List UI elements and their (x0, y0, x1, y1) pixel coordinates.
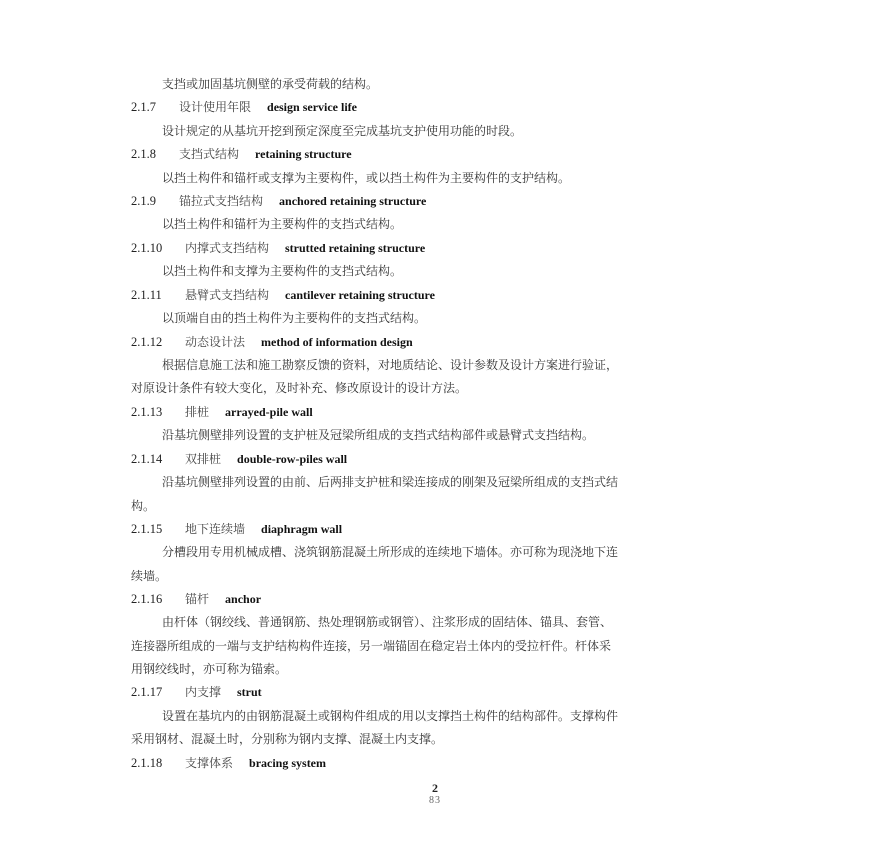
term-definition: 设置在基坑内的由钢筋混凝土或钢构件组成的用以支撑挡土构件的结构部件。支撑构件 (162, 708, 618, 724)
term-definition-continued: 采用钢材、混凝土时，分别称为钢内支撑、混凝土内支撑。 (131, 731, 443, 747)
term-number: 2.1.8 (131, 146, 179, 162)
term-en: method of information design (261, 334, 413, 350)
term-definition: 根据信息施工法和施工勘察反馈的资料，对地质结论、设计参数及设计方案进行验证， (162, 357, 618, 373)
term-cn: 排桩 (185, 404, 209, 420)
term-cn: 设计使用年限 (179, 99, 251, 115)
term-heading-2-1-16: 2.1.16锚杆anchor (131, 591, 261, 607)
term-heading-2-1-14: 2.1.14双排桩double-row-piles wall (131, 451, 347, 467)
term-number: 2.1.7 (131, 99, 179, 115)
term-cn: 内支撑 (185, 684, 221, 700)
term-number: 2.1.11 (131, 287, 185, 303)
term-cn: 锚杆 (185, 591, 209, 607)
term-definition: 以挡土构件和支撑为主要构件的支挡式结构。 (162, 263, 402, 279)
term-en: retaining structure (255, 146, 352, 162)
term-heading-2-1-17: 2.1.17内支撑strut (131, 684, 262, 700)
term-cn: 地下连续墙 (185, 521, 245, 537)
term-cn: 锚拉式支挡结构 (179, 193, 263, 209)
term-en: cantilever retaining structure (285, 287, 435, 303)
intro-text: 支挡或加固基坑侧壁的承受荷载的结构。 (162, 76, 378, 92)
term-number: 2.1.14 (131, 451, 185, 467)
term-cn: 支撑体系 (185, 755, 233, 771)
term-number: 2.1.16 (131, 591, 185, 607)
page-number: 2 (0, 781, 870, 796)
term-en: anchored retaining structure (279, 193, 426, 209)
term-definition-continued: 构。 (131, 498, 155, 514)
term-number: 2.1.17 (131, 684, 185, 700)
term-definition-continued: 用钢绞线时，亦可称为锚索。 (131, 661, 287, 677)
term-definition: 沿基坑侧壁排列设置的支护桩及冠梁所组成的支挡式结构部件或悬臂式支挡结构。 (162, 427, 594, 443)
term-number: 2.1.10 (131, 240, 185, 256)
term-definition: 沿基坑侧壁排列设置的由前、后两排支护桩和梁连接成的刚架及冠梁所组成的支挡式结 (162, 474, 618, 490)
term-heading-2-1-15: 2.1.15地下连续墙diaphragm wall (131, 521, 342, 537)
term-en: double-row-piles wall (237, 451, 347, 467)
term-heading-2-1-12: 2.1.12动态设计法method of information design (131, 334, 413, 350)
term-heading-2-1-18: 2.1.18支撑体系bracing system (131, 755, 326, 771)
term-definition-continued: 续墙。 (131, 568, 167, 584)
term-definition: 以挡土构件和锚杆或支撑为主要构件，或以挡土构件为主要构件的支护结构。 (162, 170, 570, 186)
term-definition: 分槽段用专用机械成槽、浇筑钢筋混凝土所形成的连续地下墙体。亦可称为现浇地下连 (162, 544, 618, 560)
term-number: 2.1.18 (131, 755, 185, 771)
term-cn: 支挡式结构 (179, 146, 239, 162)
document-page: 支挡或加固基坑侧壁的承受荷载的结构。 2.1.7设计使用年限design ser… (0, 0, 870, 842)
term-number: 2.1.15 (131, 521, 185, 537)
term-heading-2-1-7: 2.1.7设计使用年限design service life (131, 99, 357, 115)
term-number: 2.1.12 (131, 334, 185, 350)
term-definition: 设计规定的从基坑开挖到预定深度至完成基坑支护使用功能的时段。 (162, 123, 522, 139)
term-cn: 双排桩 (185, 451, 221, 467)
term-en: strut (237, 684, 262, 700)
term-en: design service life (267, 99, 357, 115)
term-definition: 以顶端自由的挡土构件为主要构件的支挡式结构。 (162, 310, 426, 326)
term-en: diaphragm wall (261, 521, 342, 537)
term-number: 2.1.13 (131, 404, 185, 420)
term-definition: 以挡土构件和锚杆为主要构件的支挡式结构。 (162, 216, 402, 232)
term-number: 2.1.9 (131, 193, 179, 209)
term-cn: 动态设计法 (185, 334, 245, 350)
page-number-sub: 83 (0, 795, 870, 806)
term-cn: 悬臂式支挡结构 (185, 287, 269, 303)
term-cn: 内撑式支挡结构 (185, 240, 269, 256)
term-definition-continued: 对原设计条件有较大变化，及时补充、修改原设计的设计方法。 (131, 380, 467, 396)
term-heading-2-1-9: 2.1.9锚拉式支挡结构anchored retaining structure (131, 193, 426, 209)
term-en: arrayed-pile wall (225, 404, 313, 420)
term-en: anchor (225, 591, 261, 607)
term-heading-2-1-8: 2.1.8支挡式结构retaining structure (131, 146, 352, 162)
term-heading-2-1-13: 2.1.13排桩arrayed-pile wall (131, 404, 313, 420)
term-en: bracing system (249, 755, 326, 771)
term-definition-continued: 连接器所组成的一端与支护结构构件连接，另一端锚固在稳定岩土体内的受拉杆件。杆体采 (131, 638, 611, 654)
term-heading-2-1-10: 2.1.10内撑式支挡结构strutted retaining structur… (131, 240, 425, 256)
term-definition: 由杆体（钢绞线、普通钢筋、热处理钢筋或钢管）、注浆形成的固结体、锚具、套管、 (162, 614, 612, 630)
term-en: strutted retaining structure (285, 240, 425, 256)
term-heading-2-1-11: 2.1.11悬臂式支挡结构cantilever retaining struct… (131, 287, 435, 303)
